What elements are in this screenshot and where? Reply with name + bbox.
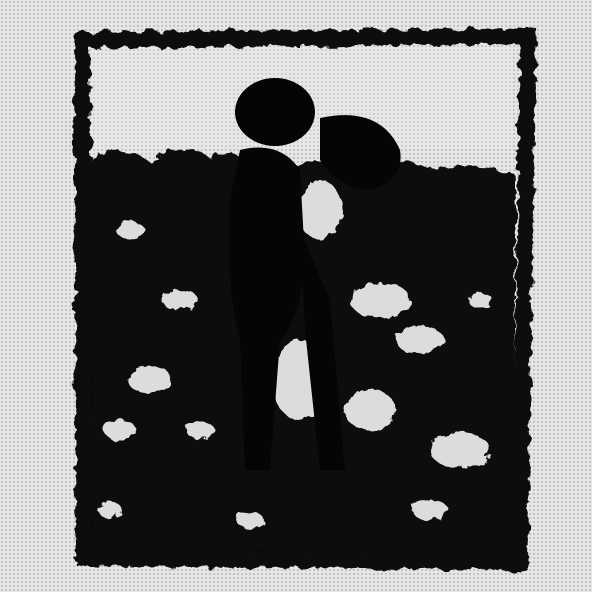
photo-artwork [0, 0, 592, 592]
halftone-photo [0, 0, 592, 592]
